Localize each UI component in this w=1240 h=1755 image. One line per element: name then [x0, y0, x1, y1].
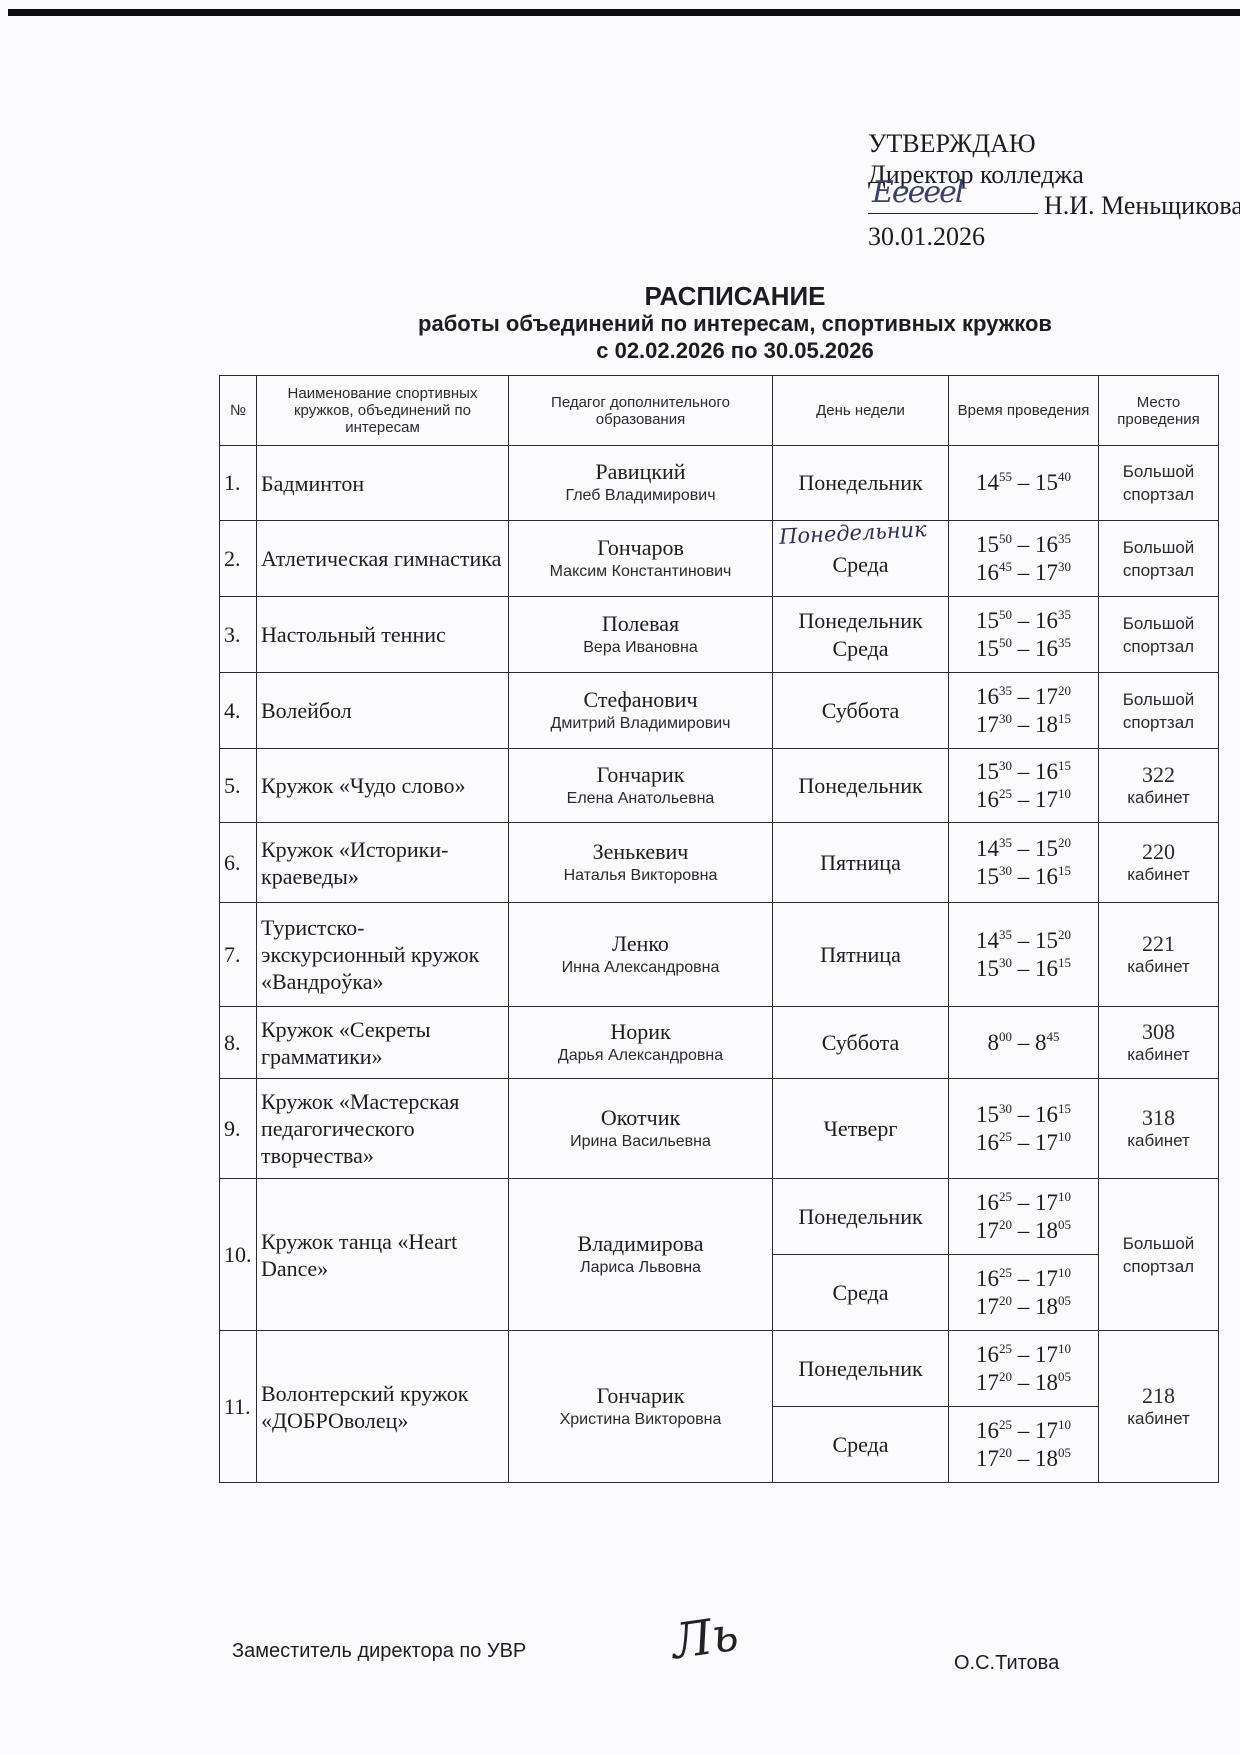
- table-row: 6.Кружок «Историки-краеведы»ЗенькевичНат…: [220, 823, 1219, 903]
- teacher-surname: Стефанович: [513, 687, 768, 713]
- time-cell: 800 – 845: [949, 1007, 1099, 1079]
- time-cell: 1635 – 17201730 – 1815: [949, 673, 1099, 749]
- document-title: РАСПИСАНИЕ работы объединений по интерес…: [340, 282, 1130, 364]
- time-range: 1625 – 1710: [953, 1129, 1094, 1157]
- teacher-surname: Зенькевич: [513, 839, 768, 865]
- venue-line-2: кабинет: [1103, 1043, 1214, 1066]
- schedule-table: № Наименование спортивных кружков, объед…: [219, 375, 1219, 1483]
- row-number: 11.: [220, 1331, 257, 1483]
- teacher-given-names: Дмитрий Владимирович: [513, 713, 768, 735]
- club-name: Атлетическая гимнастика: [257, 521, 509, 597]
- weekday: Понедельник: [773, 749, 949, 823]
- teacher-cell: НорикДарья Александровна: [509, 1007, 773, 1079]
- club-name: Кружок «Историки-краеведы»: [257, 823, 509, 903]
- time-range: 1530 – 1615: [953, 863, 1094, 891]
- time-range: 1530 – 1615: [953, 955, 1094, 983]
- teacher-given-names: Елена Анатольевна: [513, 788, 768, 810]
- row-number: 1.: [220, 446, 257, 521]
- teacher-surname: Гончарик: [513, 762, 768, 788]
- teacher-surname: Ленко: [513, 931, 768, 957]
- teacher-cell: ЗенькевичНаталья Викторовна: [509, 823, 773, 903]
- weekday-text: Пятница: [777, 941, 944, 969]
- venue-line-2: спортзал: [1103, 711, 1214, 734]
- teacher-surname: Гончарик: [513, 1383, 768, 1409]
- time-range: 1435 – 1520: [953, 835, 1094, 863]
- venue-line-2: кабинет: [1103, 863, 1214, 886]
- club-name: Кружок «Мастерская педагогического творч…: [257, 1079, 509, 1179]
- time-range: 1530 – 1615: [953, 1101, 1094, 1129]
- weekday-text: Понедельник: [777, 1355, 944, 1383]
- weekday: Среда: [773, 1407, 949, 1483]
- time-range: 1530 – 1615: [953, 758, 1094, 786]
- venue-cell: Большойспортзал: [1099, 1179, 1219, 1331]
- teacher-surname: Полевая: [513, 611, 768, 637]
- table-row: 1.БадминтонРавицкийГлеб ВладимировичПоне…: [220, 446, 1219, 521]
- row-number: 4.: [220, 673, 257, 749]
- approval-signatory: Н.И. Меньщикова: [1044, 191, 1240, 220]
- director-signature: Eeeeel: [872, 177, 963, 208]
- weekday: Среда: [773, 1255, 949, 1331]
- venue-line-1: 322: [1103, 763, 1214, 786]
- table-row: 11.Волонтерский кружок «ДОБРОволец»Гонча…: [220, 1331, 1219, 1407]
- time-range: 1625 – 1710: [953, 786, 1094, 814]
- venue-line-1: Большой: [1103, 612, 1214, 635]
- venue-cell: 218кабинет: [1099, 1331, 1219, 1483]
- venue-cell: 318кабинет: [1099, 1079, 1219, 1179]
- time-range: 1550 – 1635: [953, 607, 1094, 635]
- table-row: 3.Настольный теннисПолеваяВера ИвановнаП…: [220, 597, 1219, 673]
- title-main: РАСПИСАНИЕ: [340, 282, 1130, 310]
- time-cell: 1550 – 16351550 – 1635: [949, 597, 1099, 673]
- scan-edge-bar: [8, 9, 1240, 16]
- header-time: Время проведения: [949, 376, 1099, 446]
- row-number: 7.: [220, 903, 257, 1007]
- teacher-given-names: Инна Александровна: [513, 957, 768, 979]
- header-num: №: [220, 376, 257, 446]
- time-cell: 1455 – 1540: [949, 446, 1099, 521]
- venue-line-1: Большой: [1103, 460, 1214, 483]
- approval-heading: УТВЕРЖДАЮ: [868, 128, 1240, 159]
- time-range: 1435 – 1520: [953, 927, 1094, 955]
- teacher-surname: Владимирова: [513, 1231, 768, 1257]
- title-subtitle: работы объединений по интересам, спортив…: [340, 310, 1130, 337]
- time-cell: 1625 – 17101720 – 1805: [949, 1179, 1099, 1255]
- time-cell: 1530 – 16151625 – 1710: [949, 1079, 1099, 1179]
- venue-cell: 308кабинет: [1099, 1007, 1219, 1079]
- teacher-given-names: Максим Константинович: [513, 561, 768, 583]
- time-cell: 1530 – 16151625 – 1710: [949, 749, 1099, 823]
- teacher-surname: Окотчик: [513, 1105, 768, 1131]
- weekday: Суббота: [773, 673, 949, 749]
- time-range: 1625 – 1710: [953, 1189, 1094, 1217]
- time-range: 1635 – 1720: [953, 683, 1094, 711]
- time-range: 1550 – 1635: [953, 635, 1094, 663]
- handwritten-note: Понедельник: [778, 515, 927, 551]
- approval-block: УТВЕРЖДАЮ Директор колледжа EeeeelН.И. М…: [868, 128, 1240, 252]
- venue-cell: 220кабинет: [1099, 823, 1219, 903]
- teacher-cell: ВладимироваЛариса Львовна: [509, 1179, 773, 1331]
- time-cell: 1550 – 16351645 – 1730: [949, 521, 1099, 597]
- venue-line-1: Большой: [1103, 688, 1214, 711]
- venue-line-1: 318: [1103, 1106, 1214, 1129]
- weekday-text: Четверг: [777, 1115, 944, 1143]
- table-row: 4.ВолейболСтефановичДмитрий Владимирович…: [220, 673, 1219, 749]
- weekday-text: Пятница: [777, 849, 944, 877]
- time-range: 1625 – 1710: [953, 1265, 1094, 1293]
- header-name: Наименование спортивных кружков, объедин…: [257, 376, 509, 446]
- venue-cell: 322кабинет: [1099, 749, 1219, 823]
- weekday: ПонедельникСреда: [773, 521, 949, 597]
- venue-line-1: 308: [1103, 1020, 1214, 1043]
- time-range: 1455 – 1540: [953, 469, 1094, 497]
- row-number: 2.: [220, 521, 257, 597]
- weekday-text: Среда: [777, 1431, 944, 1459]
- venue-line-2: кабинет: [1103, 955, 1214, 978]
- club-name: Кружок танца «Heart Dance»: [257, 1179, 509, 1331]
- club-name: Волонтерский кружок «ДОБРОволец»: [257, 1331, 509, 1483]
- table-header-row: № Наименование спортивных кружков, объед…: [220, 376, 1219, 446]
- teacher-given-names: Ирина Васильевна: [513, 1131, 768, 1153]
- teacher-given-names: Глеб Владимирович: [513, 485, 768, 507]
- venue-cell: 221кабинет: [1099, 903, 1219, 1007]
- venue-cell: Большойспортзал: [1099, 673, 1219, 749]
- table-row: 7.Туристско-экскурсионный кружок «Вандро…: [220, 903, 1219, 1007]
- time-cell: 1435 – 15201530 – 1615: [949, 903, 1099, 1007]
- venue-line-1: 221: [1103, 932, 1214, 955]
- weekday: Понедельник: [773, 1331, 949, 1407]
- venue-line-1: Большой: [1103, 536, 1214, 559]
- table-row: 2.Атлетическая гимнастикаГончаровМаксим …: [220, 521, 1219, 597]
- venue-line-2: кабинет: [1103, 786, 1214, 809]
- weekday: ПонедельникСреда: [773, 597, 949, 673]
- time-range: 1625 – 1710: [953, 1341, 1094, 1369]
- teacher-cell: СтефановичДмитрий Владимирович: [509, 673, 773, 749]
- club-name: Кружок «Секреты грамматики»: [257, 1007, 509, 1079]
- weekday-text: Среда: [777, 635, 944, 663]
- teacher-cell: РавицкийГлеб Владимирович: [509, 446, 773, 521]
- time-cell: 1625 – 17101720 – 1805: [949, 1407, 1099, 1483]
- weekday-text: Понедельник: [777, 772, 944, 800]
- weekday-text: Среда: [777, 1279, 944, 1307]
- teacher-given-names: Лариса Львовна: [513, 1257, 768, 1279]
- weekday-text: Понедельник: [777, 469, 944, 497]
- venue-line-2: спортзал: [1103, 635, 1214, 658]
- time-range: 1720 – 1805: [953, 1293, 1094, 1321]
- time-range: 1550 – 1635: [953, 531, 1094, 559]
- club-name: Волейбол: [257, 673, 509, 749]
- teacher-cell: ПолеваяВера Ивановна: [509, 597, 773, 673]
- footer-signatory: О.С.Титова: [954, 1652, 1059, 1675]
- row-number: 5.: [220, 749, 257, 823]
- weekday: Пятница: [773, 823, 949, 903]
- venue-line-1: Большой: [1103, 1232, 1214, 1255]
- time-cell: 1625 – 17101720 – 1805: [949, 1331, 1099, 1407]
- venue-line-2: спортзал: [1103, 483, 1214, 506]
- weekday: Суббота: [773, 1007, 949, 1079]
- title-period: с 02.02.2026 по 30.05.2026: [340, 337, 1130, 364]
- teacher-cell: ГончарикХристина Викторовна: [509, 1331, 773, 1483]
- deputy-signature: Ль: [668, 1606, 741, 1671]
- venue-cell: Большойспортзал: [1099, 521, 1219, 597]
- teacher-surname: Равицкий: [513, 459, 768, 485]
- weekday-text: Суббота: [777, 1029, 944, 1057]
- club-name: Туристско-экскурсионный кружок «Вандроўк…: [257, 903, 509, 1007]
- header-teacher: Педагог дополнительного образования: [509, 376, 773, 446]
- teacher-cell: ОкотчикИрина Васильевна: [509, 1079, 773, 1179]
- venue-line-2: спортзал: [1103, 559, 1214, 582]
- time-range: 1645 – 1730: [953, 559, 1094, 587]
- header-place: Место проведения: [1099, 376, 1219, 446]
- venue-line-2: кабинет: [1103, 1129, 1214, 1152]
- teacher-surname: Гончаров: [513, 535, 768, 561]
- row-number: 6.: [220, 823, 257, 903]
- venue-line-1: 220: [1103, 840, 1214, 863]
- time-cell: 1625 – 17101720 – 1805: [949, 1255, 1099, 1331]
- row-number: 3.: [220, 597, 257, 673]
- weekday: Четверг: [773, 1079, 949, 1179]
- weekday: Понедельник: [773, 446, 949, 521]
- club-name: Бадминтон: [257, 446, 509, 521]
- table-row: 5.Кружок «Чудо слово»ГончарикЕлена Анато…: [220, 749, 1219, 823]
- time-cell: 1435 – 15201530 – 1615: [949, 823, 1099, 903]
- weekday-text: Понедельник: [777, 1203, 944, 1231]
- table-row: 10.Кружок танца «Heart Dance»Владимирова…: [220, 1179, 1219, 1255]
- time-range: 1720 – 1805: [953, 1217, 1094, 1245]
- weekday: Пятница: [773, 903, 949, 1007]
- weekday-text: Среда: [777, 551, 944, 579]
- header-day: День недели: [773, 376, 949, 446]
- teacher-given-names: Дарья Александровна: [513, 1045, 768, 1067]
- club-name: Настольный теннис: [257, 597, 509, 673]
- teacher-given-names: Наталья Викторовна: [513, 865, 768, 887]
- weekday-text: Суббота: [777, 697, 944, 725]
- table-row: 8.Кружок «Секреты грамматики»НорикДарья …: [220, 1007, 1219, 1079]
- time-range: 1720 – 1805: [953, 1445, 1094, 1473]
- footer-position: Заместитель директора по УВР: [232, 1640, 526, 1663]
- approval-date: 30.01.2026: [868, 221, 1240, 252]
- teacher-given-names: Христина Викторовна: [513, 1409, 768, 1431]
- venue-cell: Большойспортзал: [1099, 446, 1219, 521]
- weekday: Понедельник: [773, 1179, 949, 1255]
- time-range: 1720 – 1805: [953, 1369, 1094, 1397]
- approval-signature-line: EeeeelН.И. Меньщикова: [868, 190, 1240, 221]
- venue-line-1: 218: [1103, 1384, 1214, 1407]
- venue-line-2: кабинет: [1103, 1407, 1214, 1430]
- time-range: 800 – 845: [953, 1029, 1094, 1057]
- club-name: Кружок «Чудо слово»: [257, 749, 509, 823]
- table-row: 9.Кружок «Мастерская педагогического тво…: [220, 1079, 1219, 1179]
- venue-cell: Большойспортзал: [1099, 597, 1219, 673]
- teacher-given-names: Вера Ивановна: [513, 637, 768, 659]
- teacher-surname: Норик: [513, 1019, 768, 1045]
- teacher-cell: ЛенкоИнна Александровна: [509, 903, 773, 1007]
- weekday-text: Понедельник: [777, 607, 944, 635]
- time-range: 1625 – 1710: [953, 1417, 1094, 1445]
- row-number: 10.: [220, 1179, 257, 1331]
- row-number: 8.: [220, 1007, 257, 1079]
- row-number: 9.: [220, 1079, 257, 1179]
- teacher-cell: ГончарикЕлена Анатольевна: [509, 749, 773, 823]
- time-range: 1730 – 1815: [953, 711, 1094, 739]
- venue-line-2: спортзал: [1103, 1255, 1214, 1278]
- teacher-cell: ГончаровМаксим Константинович: [509, 521, 773, 597]
